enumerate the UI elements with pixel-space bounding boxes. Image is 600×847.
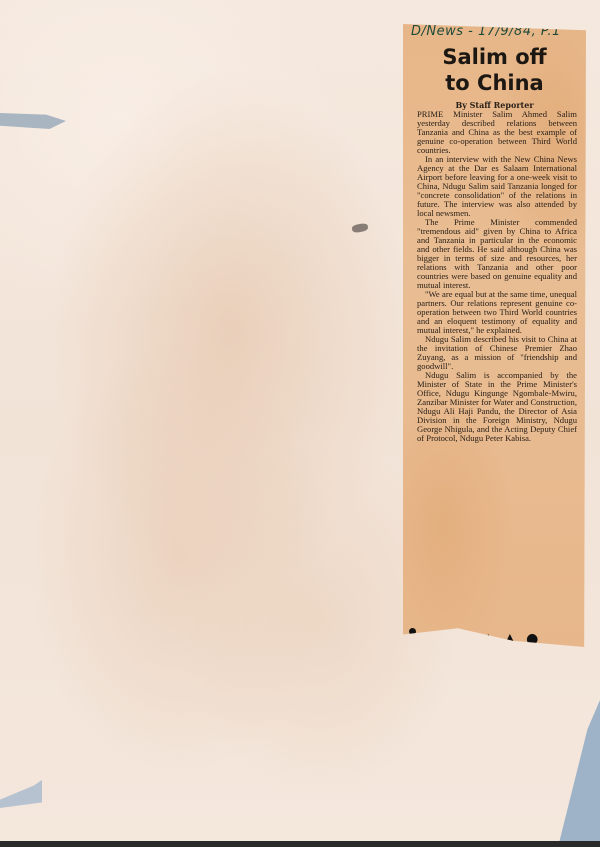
scanned-page: D/News - 17/9/84, P.1 Salim off to China… [0,0,600,847]
scan-bottom-edge [0,841,600,847]
cut-off-next-headline: • ▲ ▲ ● [463,631,541,647]
article-paragraph: Ndugu Salim is accompanied by the Minist… [417,371,577,443]
headline-line-2: to China [403,70,586,96]
page-tear-right [558,700,600,847]
ink-speck [351,223,368,234]
article-paragraph: The Prime Minister commended "tremendous… [417,218,577,290]
article-paragraph: Ndugu Salim described his visit to China… [417,335,577,371]
page-tear-left-bottom [0,780,42,808]
bullet-dot [409,628,416,635]
article-paragraph: PRIME Minister Salim Ahmed Salim yesterd… [417,110,577,155]
article-paragraph: "We are equal but at the same time, uneq… [417,290,577,335]
handwritten-annotation: D/News - 17/9/84, P.1 [411,24,587,39]
newspaper-clipping: D/News - 17/9/84, P.1 Salim off to China… [403,24,586,647]
article-body: PRIME Minister Salim Ahmed Salim yesterd… [417,110,577,443]
article-headline: Salim off to China [403,44,586,96]
article-paragraph: In an interview with the New China News … [417,155,577,218]
page-tear-left-top [0,113,66,129]
headline-line-1: Salim off [403,44,586,70]
